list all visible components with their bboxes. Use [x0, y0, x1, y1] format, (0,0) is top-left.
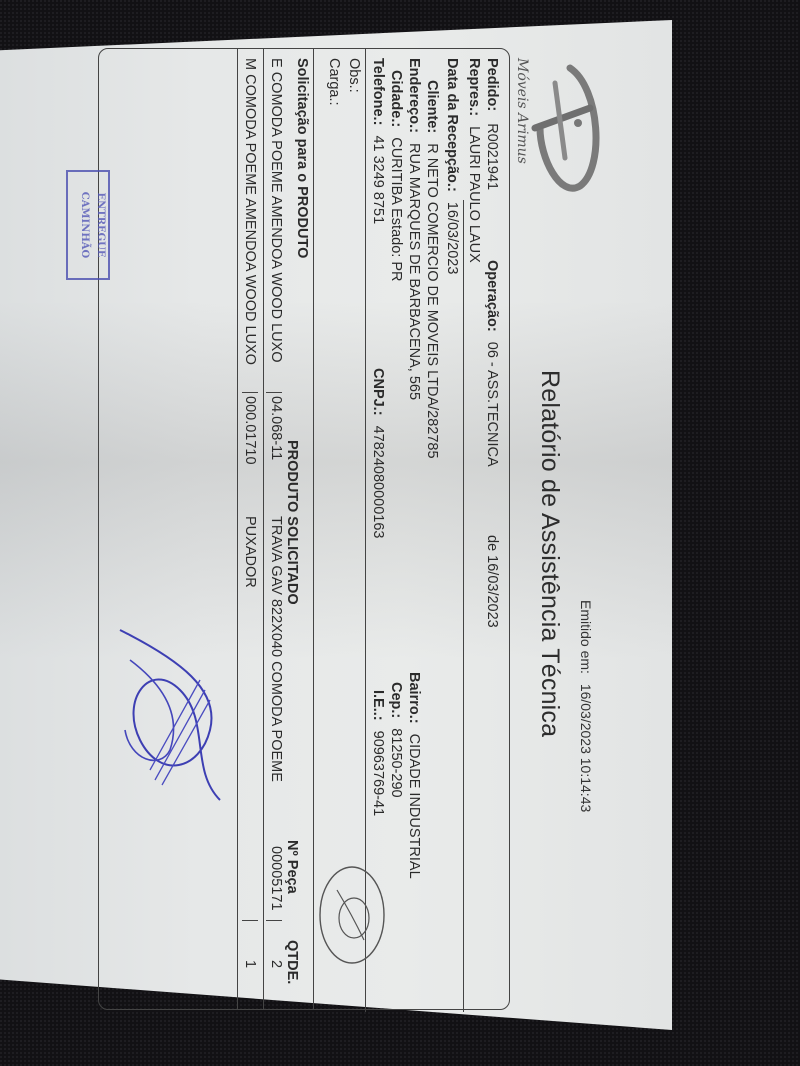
cidade-label: Cidade.:	[388, 70, 404, 127]
cep-value: 81250-290	[388, 728, 404, 797]
col-n-peca: Nº Peça	[284, 840, 300, 894]
operacao-label: Operação:	[484, 260, 500, 332]
row-divider	[263, 48, 264, 1010]
table-row-1-codigo: 04.068-11	[268, 396, 284, 460]
operacao-value: 06 - ASS.TECNICA	[484, 342, 500, 467]
row-divider	[237, 48, 238, 1010]
bairro-value: CIDADE INDUSTRIAL	[406, 734, 422, 879]
obs-label: Obs.:	[346, 58, 362, 93]
cell-divider	[242, 920, 258, 921]
initials-icon	[312, 860, 392, 970]
table-row-2-qtde: 1	[242, 960, 258, 968]
cliente-value: R NETO COMERCIO DE MOVEIS LTDA/282785	[424, 143, 440, 458]
ie-value: 90963769-41	[370, 731, 386, 816]
cidade-field: Cidade.: CURITIBA Estado: PR	[388, 70, 404, 281]
table-row-1-qtde: 2	[268, 960, 284, 968]
table-row-2-descricao: PUXADOR	[242, 516, 258, 588]
telefone-label: Telefone.:	[370, 58, 386, 125]
stamp-line-2: CAMINHÃO	[76, 172, 92, 278]
carga-label: Carga.:	[326, 58, 342, 106]
table-row-1-descricao: TRAVA GAV 822X040 COMODA POEME	[268, 516, 284, 782]
pedido-field: Pedido: R0021941	[484, 58, 500, 190]
col-produto-solicitado: PRODUTO SOLICITADO	[284, 440, 300, 605]
table-row-1-produto: E COMODA POEME AMENDOA WOOD LUXO	[268, 58, 284, 363]
endereco-label: Endereço.:	[406, 58, 422, 133]
table-row-1-n-peca: 00005171	[268, 846, 284, 911]
cnpj-field: CNPJ.: 47824080000163	[370, 368, 386, 538]
divider	[313, 48, 314, 1010]
pedido-value: R0021941	[484, 123, 500, 190]
solicitacao-label: Solicitação para o PRODUTO	[294, 58, 310, 258]
cep-field: Cep.: 81250-290	[388, 682, 404, 798]
data-recepcao-field: Data da Recepção.: 16/03/2023	[444, 58, 460, 274]
table-row-2-codigo: 000.01710	[242, 396, 258, 465]
cell-divider	[242, 392, 258, 393]
col-qtde: QTDE.	[284, 940, 300, 984]
emitted-date: Emitido em: 16/03/2023 10:14:43	[578, 600, 594, 812]
cell-divider	[266, 392, 282, 393]
emitted-value: 16/03/2023 10:14:43	[578, 684, 594, 812]
cliente-field: Cliente: R NETO COMERCIO DE MOVEIS LTDA/…	[424, 80, 440, 459]
telefone-field: Telefone.: 41 3249 8751	[370, 58, 386, 224]
data-recepcao-label: Data da Recepção.:	[444, 58, 460, 192]
emitted-label: Emitido em:	[578, 600, 594, 674]
ie-field: I.E..: 90963769-41	[370, 690, 386, 816]
bairro-field: Bairro.: CIDADE INDUSTRIAL	[406, 672, 422, 879]
cnpj-label: CNPJ.:	[370, 368, 386, 416]
report-title: Relatório de Assistência Técnica	[535, 370, 564, 737]
operacao-date: de 16/03/2023	[484, 535, 500, 628]
ie-label: I.E..:	[370, 690, 386, 721]
repres-value: LAURI PAULO LAUX	[466, 126, 482, 263]
cliente-label: Cliente:	[424, 80, 440, 133]
cidade-value: CURITIBA Estado: PR	[388, 137, 404, 281]
operacao-field: Operação: 06 - ASS.TECNICA	[484, 260, 500, 467]
company-logo-text: Móveis Arimus	[514, 58, 530, 164]
delivery-stamp: ENTREGUE CAMINHÃO	[66, 170, 110, 280]
endereco-value: RUA MARQUES DE BARBACENA, 565	[406, 143, 422, 400]
repres-label: Repres.:	[466, 58, 482, 116]
signature-icon	[100, 620, 240, 820]
stamp-line-1: ENTREGUE	[92, 172, 108, 278]
divider	[463, 200, 464, 1012]
data-recepcao-value: 16/03/2023	[444, 202, 460, 275]
cnpj-value: 47824080000163	[370, 426, 386, 539]
pedido-label: Pedido:	[484, 58, 500, 111]
cep-label: Cep.:	[388, 682, 404, 718]
repres-field: Repres.: LAURI PAULO LAUX	[466, 58, 482, 263]
bairro-label: Bairro.:	[406, 672, 422, 724]
table-row-2-produto: M COMODA POEME AMENDOA WOOD LUXO	[242, 58, 258, 365]
cell-divider	[266, 920, 282, 921]
telefone-value: 41 3249 8751	[370, 135, 386, 224]
endereco-field: Endereço.: RUA MARQUES DE BARBACENA, 565	[406, 58, 422, 400]
document: Móveis Arimus Relatório de Assistência T…	[0, 40, 610, 1040]
